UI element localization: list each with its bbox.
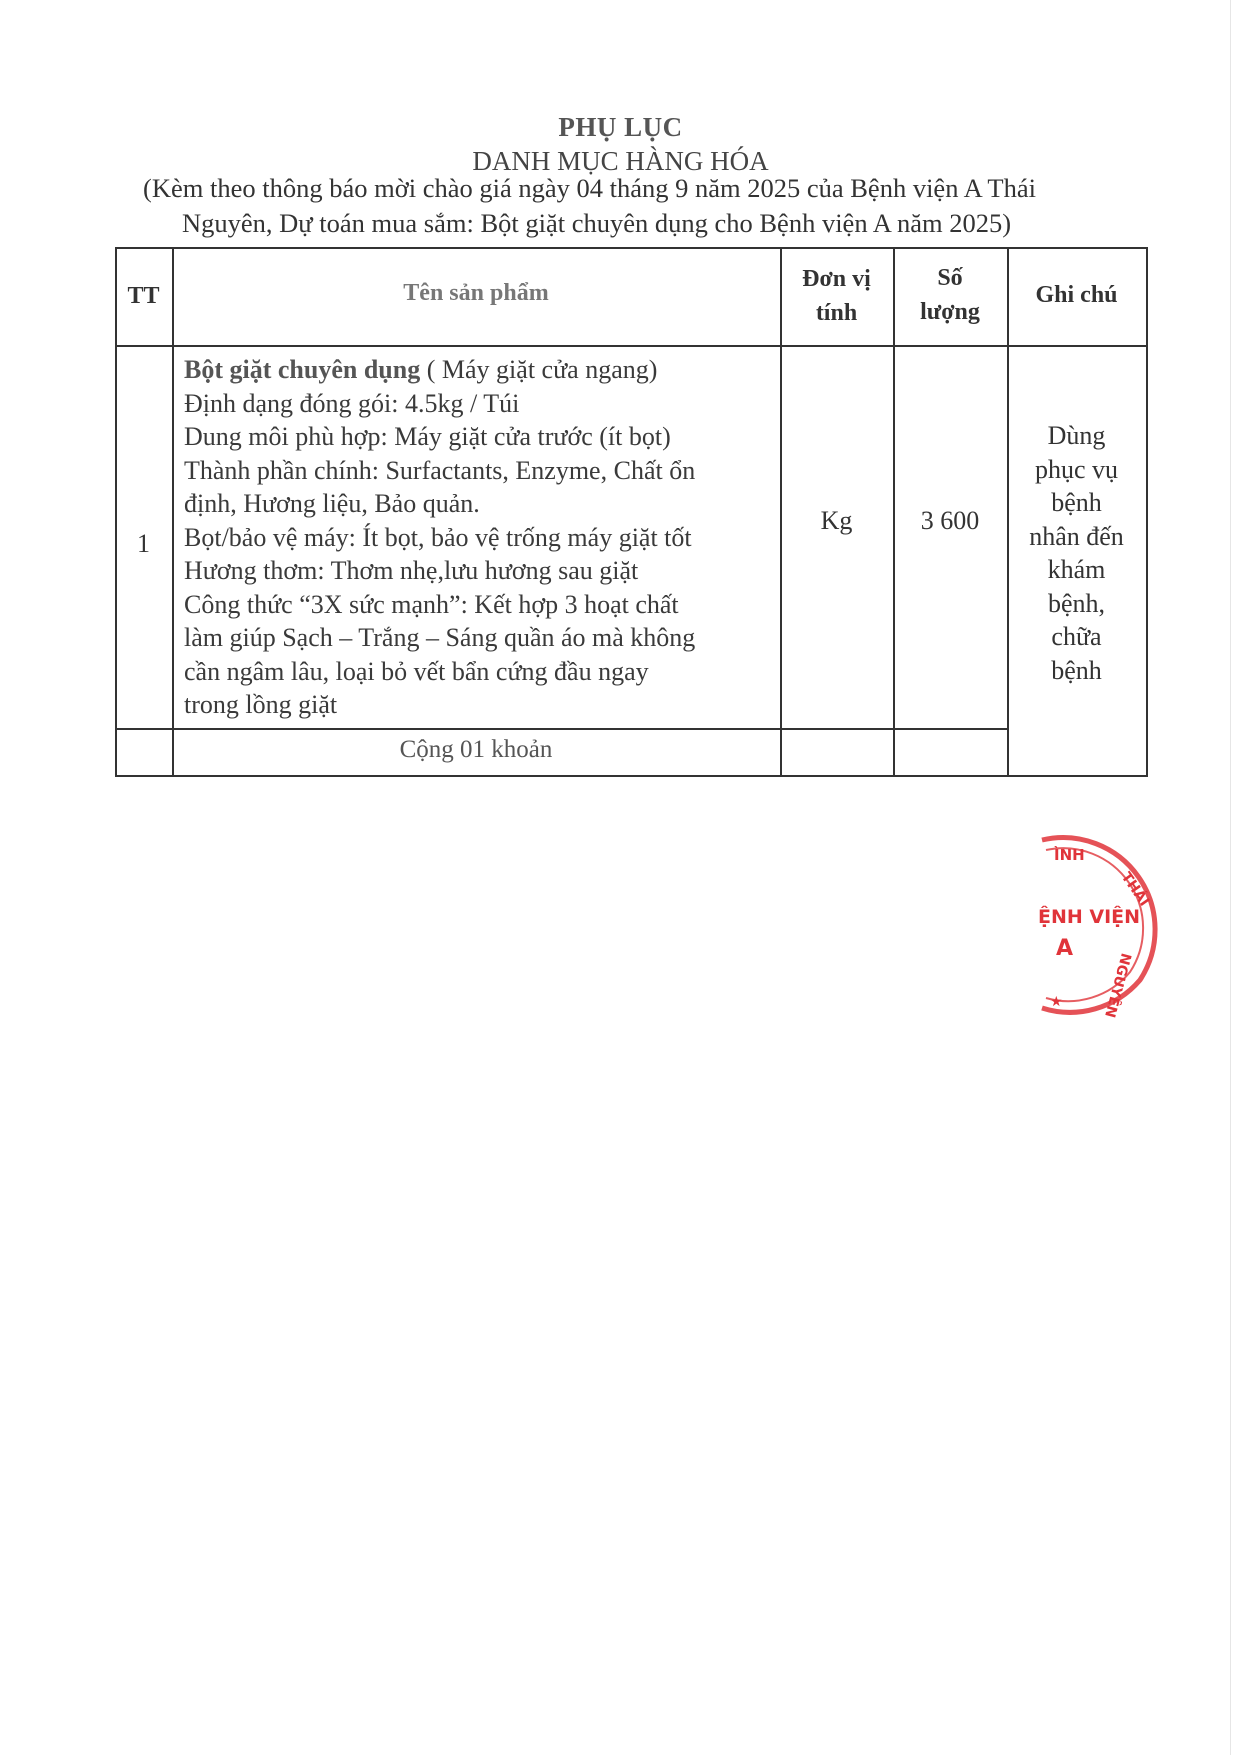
row-unit: Kg bbox=[780, 506, 893, 536]
description-line: Thành phần chính: Surfactants, Enzyme, C… bbox=[184, 454, 774, 488]
table-border-left bbox=[115, 247, 117, 776]
note-line: Dùng bbox=[1007, 419, 1146, 453]
goods-table: TT Tên sản phẩm Đơn vị tính Số lượng Ghi… bbox=[115, 247, 1148, 776]
header-quantity: Số lượng bbox=[893, 261, 1007, 329]
document-note-line-1: (Kèm theo thông báo mời chào giá ngày 04… bbox=[143, 173, 1036, 204]
description-line: Dung môi phù hợp: Máy giặt cửa trước (ít… bbox=[184, 420, 774, 454]
header-unit-line-1: Đơn vị bbox=[780, 262, 893, 296]
table-border-bottom bbox=[115, 775, 1148, 777]
product-title-rest: ( Máy giặt cửa ngang) bbox=[420, 355, 657, 384]
product-title-bold: Bột giặt chuyên dụng bbox=[184, 355, 420, 384]
row-product-description: Bột giặt chuyên dụng ( Máy giặt cửa ngan… bbox=[184, 353, 774, 722]
note-line: phục vụ bbox=[1007, 453, 1146, 487]
stamp-center-line-2: A bbox=[1056, 936, 1073, 961]
scan-edge bbox=[1230, 0, 1231, 1755]
table-row-divider bbox=[115, 728, 1008, 730]
row-quantity: 3 600 bbox=[893, 506, 1007, 536]
total-row-label: Cộng 01 khoản bbox=[172, 736, 780, 764]
header-product-name: Tên sản phẩm bbox=[172, 280, 780, 307]
description-line: làm giúp Sạch – Trắng – Sáng quần áo mà … bbox=[184, 621, 774, 655]
description-line: định, Hương liệu, Bảo quản. bbox=[184, 487, 774, 521]
note-line: bệnh bbox=[1007, 486, 1146, 520]
document-title: PHỤ LỤC bbox=[0, 112, 1241, 143]
description-line: trong lồng giặt bbox=[184, 688, 774, 722]
header-quantity-line-2: lượng bbox=[893, 295, 1007, 329]
header-quantity-line-1: Số bbox=[893, 261, 1007, 295]
table-header-divider bbox=[115, 345, 1148, 347]
note-line: khám bbox=[1007, 553, 1146, 587]
note-line: bệnh, bbox=[1007, 587, 1146, 621]
description-line: Hương thơm: Thơm nhẹ,lưu hương sau giặt bbox=[184, 554, 774, 588]
document-note-line-2: Nguyên, Dự toán mua sắm: Bột giặt chuyên… bbox=[182, 208, 1011, 239]
stamp-center-line-1: ỆNH VIỆN bbox=[1038, 904, 1140, 928]
description-line: cần ngâm lâu, loại bỏ vết bẩn cứng đầu n… bbox=[184, 655, 774, 689]
header-unit-line-2: tính bbox=[780, 296, 893, 330]
header-tt: TT bbox=[115, 279, 172, 313]
product-title: Bột giặt chuyên dụng ( Máy giặt cửa ngan… bbox=[184, 353, 774, 387]
description-line: Định dạng đóng gói: 4.5kg / Túi bbox=[184, 387, 774, 421]
header-unit: Đơn vị tính bbox=[780, 262, 893, 330]
column-divider-tt bbox=[172, 247, 174, 776]
description-line: Công thức “3X sức mạnh”: Kết hợp 3 hoạt … bbox=[184, 588, 774, 622]
stamp-ring-text-right-2: NGUYÊN bbox=[1101, 951, 1135, 1019]
note-line: bệnh bbox=[1007, 654, 1146, 688]
note-line: chữa bbox=[1007, 620, 1146, 654]
header-notes: Ghi chú bbox=[1007, 278, 1146, 312]
table-border-top bbox=[115, 247, 1148, 249]
description-line: Bọt/bảo vệ máy: Ít bọt, bảo vệ trống máy… bbox=[184, 521, 774, 555]
row-notes: Dùng phục vụ bệnh nhân đến khám bệnh, ch… bbox=[1007, 419, 1146, 687]
seal-icon: ÌNH THÁI NGUYÊN ỆNH VIỆN A ★ bbox=[1020, 820, 1180, 1020]
note-line: nhân đến bbox=[1007, 520, 1146, 554]
table-border-right bbox=[1146, 247, 1148, 776]
stamp-star-icon: ★ bbox=[1050, 994, 1063, 1010]
row-tt: 1 bbox=[115, 529, 172, 559]
official-seal-stamp: ÌNH THÁI NGUYÊN ỆNH VIỆN A ★ bbox=[1020, 820, 1180, 1020]
stamp-ring-text-top: ÌNH bbox=[1054, 845, 1085, 864]
